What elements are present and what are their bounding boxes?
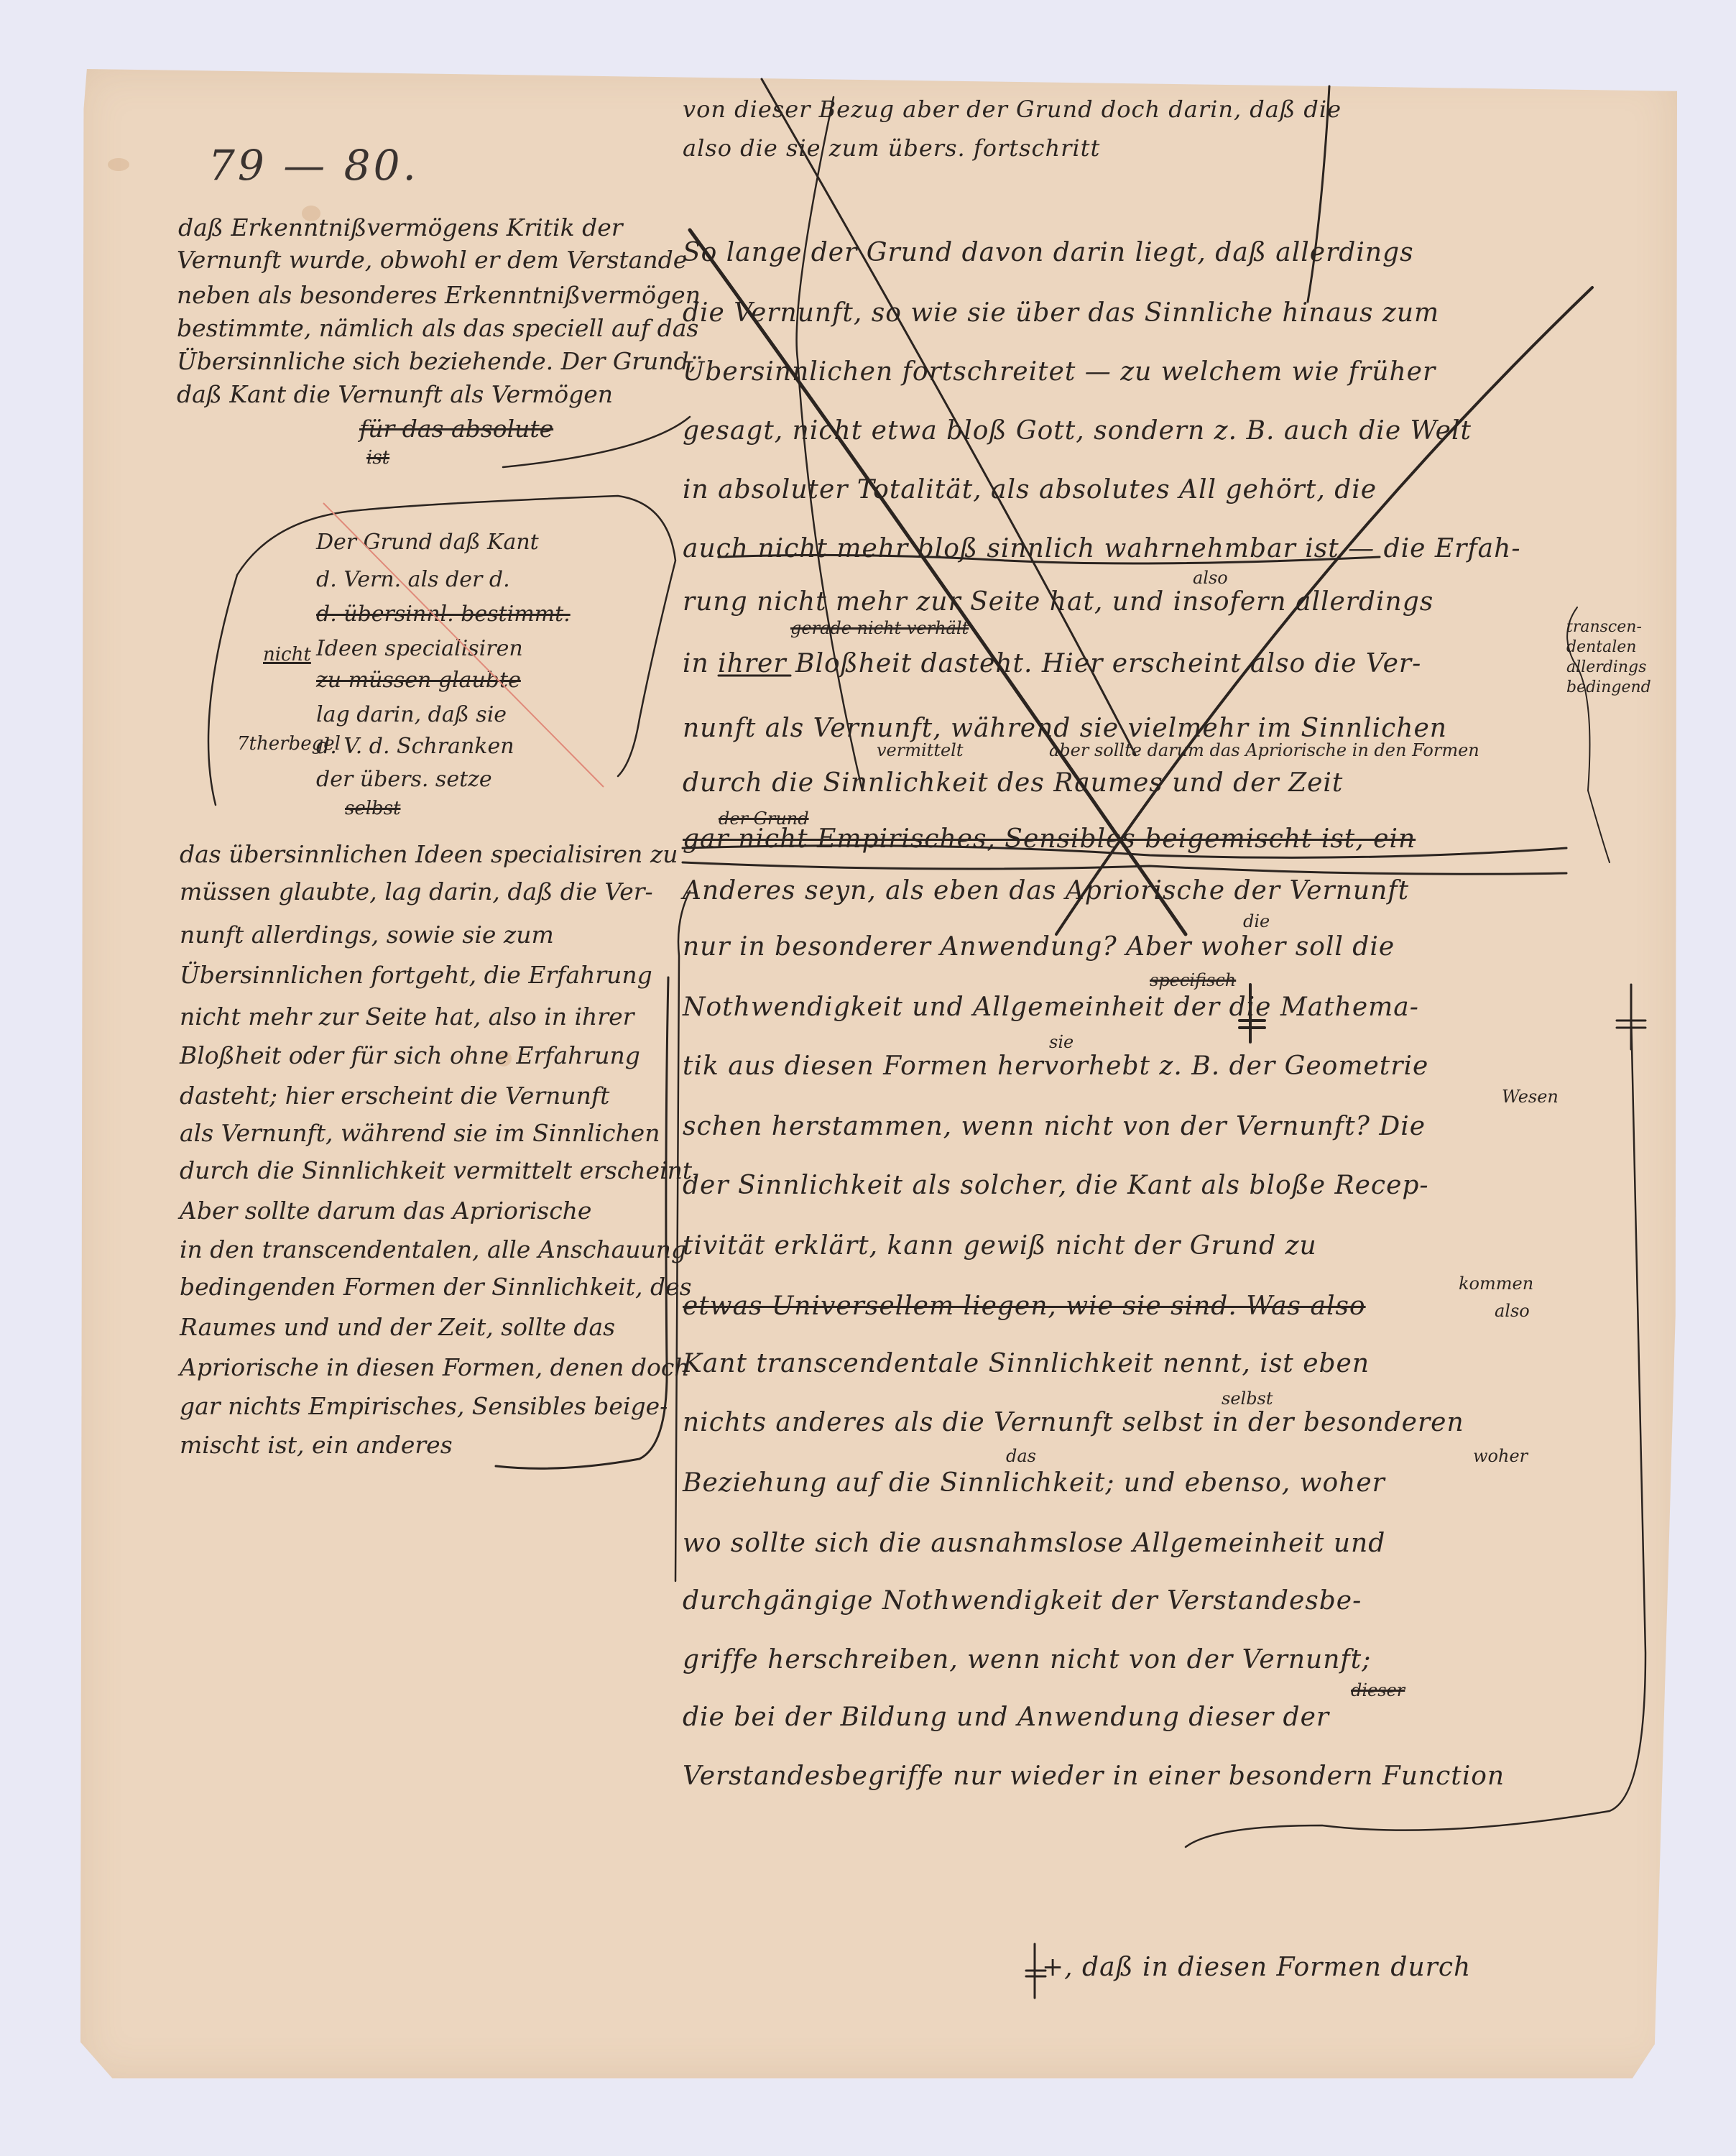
text-line: der Sinnlichkeit als solcher, die Kant a… xyxy=(683,1173,1429,1199)
interlinear-note: die xyxy=(1243,911,1270,931)
text-line: das übersinnlichen Ideen specialisiren z… xyxy=(180,842,678,866)
interlinear-note: selbst xyxy=(1222,1388,1273,1409)
text-line: rung nicht mehr zur Seite hat, und insof… xyxy=(683,589,1433,615)
text-line: Vernunft wurde, obwohl er dem Verstande xyxy=(177,248,687,272)
text-line: bestimmte, nämlich als das speciell auf … xyxy=(177,316,698,340)
text-line: bedingenden Formen der Sinnlichkeit, des xyxy=(180,1275,692,1299)
text-line: als Vernunft, während sie im Sinnlichen xyxy=(180,1121,660,1145)
text-line: Ideen specialisiren xyxy=(316,638,523,660)
interlinear-note: woher xyxy=(1473,1446,1528,1466)
struck-text-line: selbst xyxy=(345,799,400,818)
interlinear-note: specifisch xyxy=(1150,970,1236,990)
struck-text-line: etwas Universellem liegen, wie sie sind.… xyxy=(683,1294,1366,1319)
text-line: tik aus diesen Formen hervorhebt z. B. d… xyxy=(683,1054,1428,1079)
text-line: tivität erklärt, kann gewiß nicht der Gr… xyxy=(683,1233,1317,1259)
interlinear-note: aber sollte darum das Apriorische in den… xyxy=(1049,740,1479,760)
text-line: Verstandesbegriffe nur wieder in einer b… xyxy=(683,1764,1505,1789)
crossed-text-line: die Vernunft, so wie sie über das Sinnli… xyxy=(683,300,1439,326)
crossed-text-line: auch nicht mehr bloß sinnlich wahrnehmba… xyxy=(683,536,1521,562)
text-line: gar nichts Empirisches, Sensibles beige- xyxy=(180,1394,668,1418)
text-line: Nothwendigkeit und Allgemeinheit der die… xyxy=(683,995,1419,1021)
text-line: Bloßheit oder für sich ohne Erfahrung xyxy=(180,1044,640,1067)
crossed-text-line: So lange der Grund davon darin liegt, da… xyxy=(683,240,1414,266)
struck-text-line: für das absolute xyxy=(359,417,553,441)
margin-note: nicht xyxy=(263,645,311,664)
crossed-text-line: in absoluter Totalität, als absolutes Al… xyxy=(683,477,1377,503)
struck-text-line: d. übersinnl. bestimmt. xyxy=(316,604,571,625)
text-line: d. V. d. Schranken xyxy=(316,736,514,757)
text-line: neben als besonderes Erkenntnißvermögen xyxy=(177,283,701,307)
text-line: in den transcendentalen, alle Anschauung xyxy=(180,1238,686,1261)
interlinear-note: kommen xyxy=(1459,1273,1533,1294)
text-line: der übers. setze xyxy=(316,769,492,791)
interlinear-note: das xyxy=(1006,1446,1036,1466)
text-line: nur in besonderer Anwendung? Aber woher … xyxy=(683,934,1395,960)
text-line: Übersinnlichen fortgeht, die Erfahrung xyxy=(180,963,652,987)
text-line: Aber sollte darum das Apriorische xyxy=(180,1199,591,1222)
footnote: +, daß in diesen Formen durch xyxy=(1042,1955,1471,1981)
interlinear-note: also xyxy=(1193,568,1228,588)
interlinear-note: sie xyxy=(1049,1032,1074,1052)
text-line: durchgängige Nothwendigkeit der Verstand… xyxy=(683,1588,1362,1614)
interlinear-note: vermittelt xyxy=(877,740,963,760)
struck-text-line: ist xyxy=(366,448,389,467)
text-line: Anderes seyn, als eben das Apriorische d… xyxy=(683,878,1409,904)
page-number: 79 — 80. xyxy=(208,141,419,190)
text-line: Raumes und und der Zeit, sollte das xyxy=(180,1315,615,1339)
paper-stain xyxy=(108,158,129,171)
text-line: daß Erkenntnißvermögens Kritik der xyxy=(178,216,623,239)
struck-text-line: zu müssen glaubte xyxy=(316,670,521,691)
text-line: mischt ist, ein anderes xyxy=(180,1433,453,1457)
text-line: nunft als Vernunft, während sie vielmehr… xyxy=(683,716,1447,742)
interlinear-note: Wesen xyxy=(1502,1087,1559,1107)
text-line: wo sollte sich die ausnahmslose Allgemei… xyxy=(683,1531,1385,1557)
margin-note: bedingend xyxy=(1566,678,1651,696)
crossed-text-line: Übersinnlichen fortschreitet — zu welche… xyxy=(683,359,1436,385)
text-line: Übersinnliche sich beziehende. Der Grund… xyxy=(177,349,696,373)
text-line: Beziehung auf die Sinnlichkeit; und eben… xyxy=(683,1470,1385,1496)
margin-note: allerdings xyxy=(1566,658,1646,676)
text-line: in ihrer Bloßheit dasteht. Hier erschein… xyxy=(683,651,1421,677)
interlinear-note: der Grund xyxy=(719,808,809,829)
text-line: durch die Sinnlichkeit vermittelt ersche… xyxy=(180,1158,700,1182)
text-line: daß Kant die Vernunft als Vermögen xyxy=(177,382,613,406)
text-line: nunft allerdings, sowie sie zum xyxy=(180,923,554,946)
text-line: dasteht; hier erscheint die Vernunft xyxy=(180,1084,609,1107)
text-line: nicht mehr zur Seite hat, also in ihrer xyxy=(180,1005,634,1028)
text-line: Der Grund daß Kant xyxy=(316,532,539,553)
margin-note: dentalen xyxy=(1566,638,1636,656)
struck-text-line: gar nicht Empirisches, Sensibles beigemi… xyxy=(683,826,1416,852)
crossed-text-line: gesagt, nicht etwa bloß Gott, sondern z.… xyxy=(683,418,1472,444)
margin-note: 7therbegel xyxy=(237,734,341,753)
interlinear-note: gerade nicht verhält xyxy=(790,618,969,638)
text-line: d. Vern. als der d. xyxy=(316,569,510,591)
text-line: Apriorische in diesen Formen, denen doch xyxy=(180,1355,690,1379)
text-line: die bei der Bildung und Anwendung dieser… xyxy=(683,1705,1329,1731)
interlinear-note: also xyxy=(1495,1301,1530,1321)
margin-note: transcen- xyxy=(1566,618,1642,636)
text-line: müssen glaubte, lag darin, daß die Ver- xyxy=(180,880,653,903)
text-line: nichts anderes als die Vernunft selbst i… xyxy=(683,1410,1464,1436)
text-line: von dieser Bezug aber der Grund doch dar… xyxy=(683,98,1342,121)
interlinear-note: dieser xyxy=(1351,1680,1405,1700)
text-line: lag darin, daß sie xyxy=(316,704,507,726)
text-line: schen herstammen, wenn nicht von der Ver… xyxy=(683,1114,1426,1140)
text-line: griffe herschreiben, wenn nicht von der … xyxy=(683,1647,1371,1673)
text-line: Kant transcendentale Sinnlichkeit nennt,… xyxy=(683,1351,1370,1377)
text-line: durch die Sinnlichkeit des Raumes und de… xyxy=(683,770,1343,796)
text-line: also die sie zum übers. fortschritt xyxy=(683,137,1100,160)
